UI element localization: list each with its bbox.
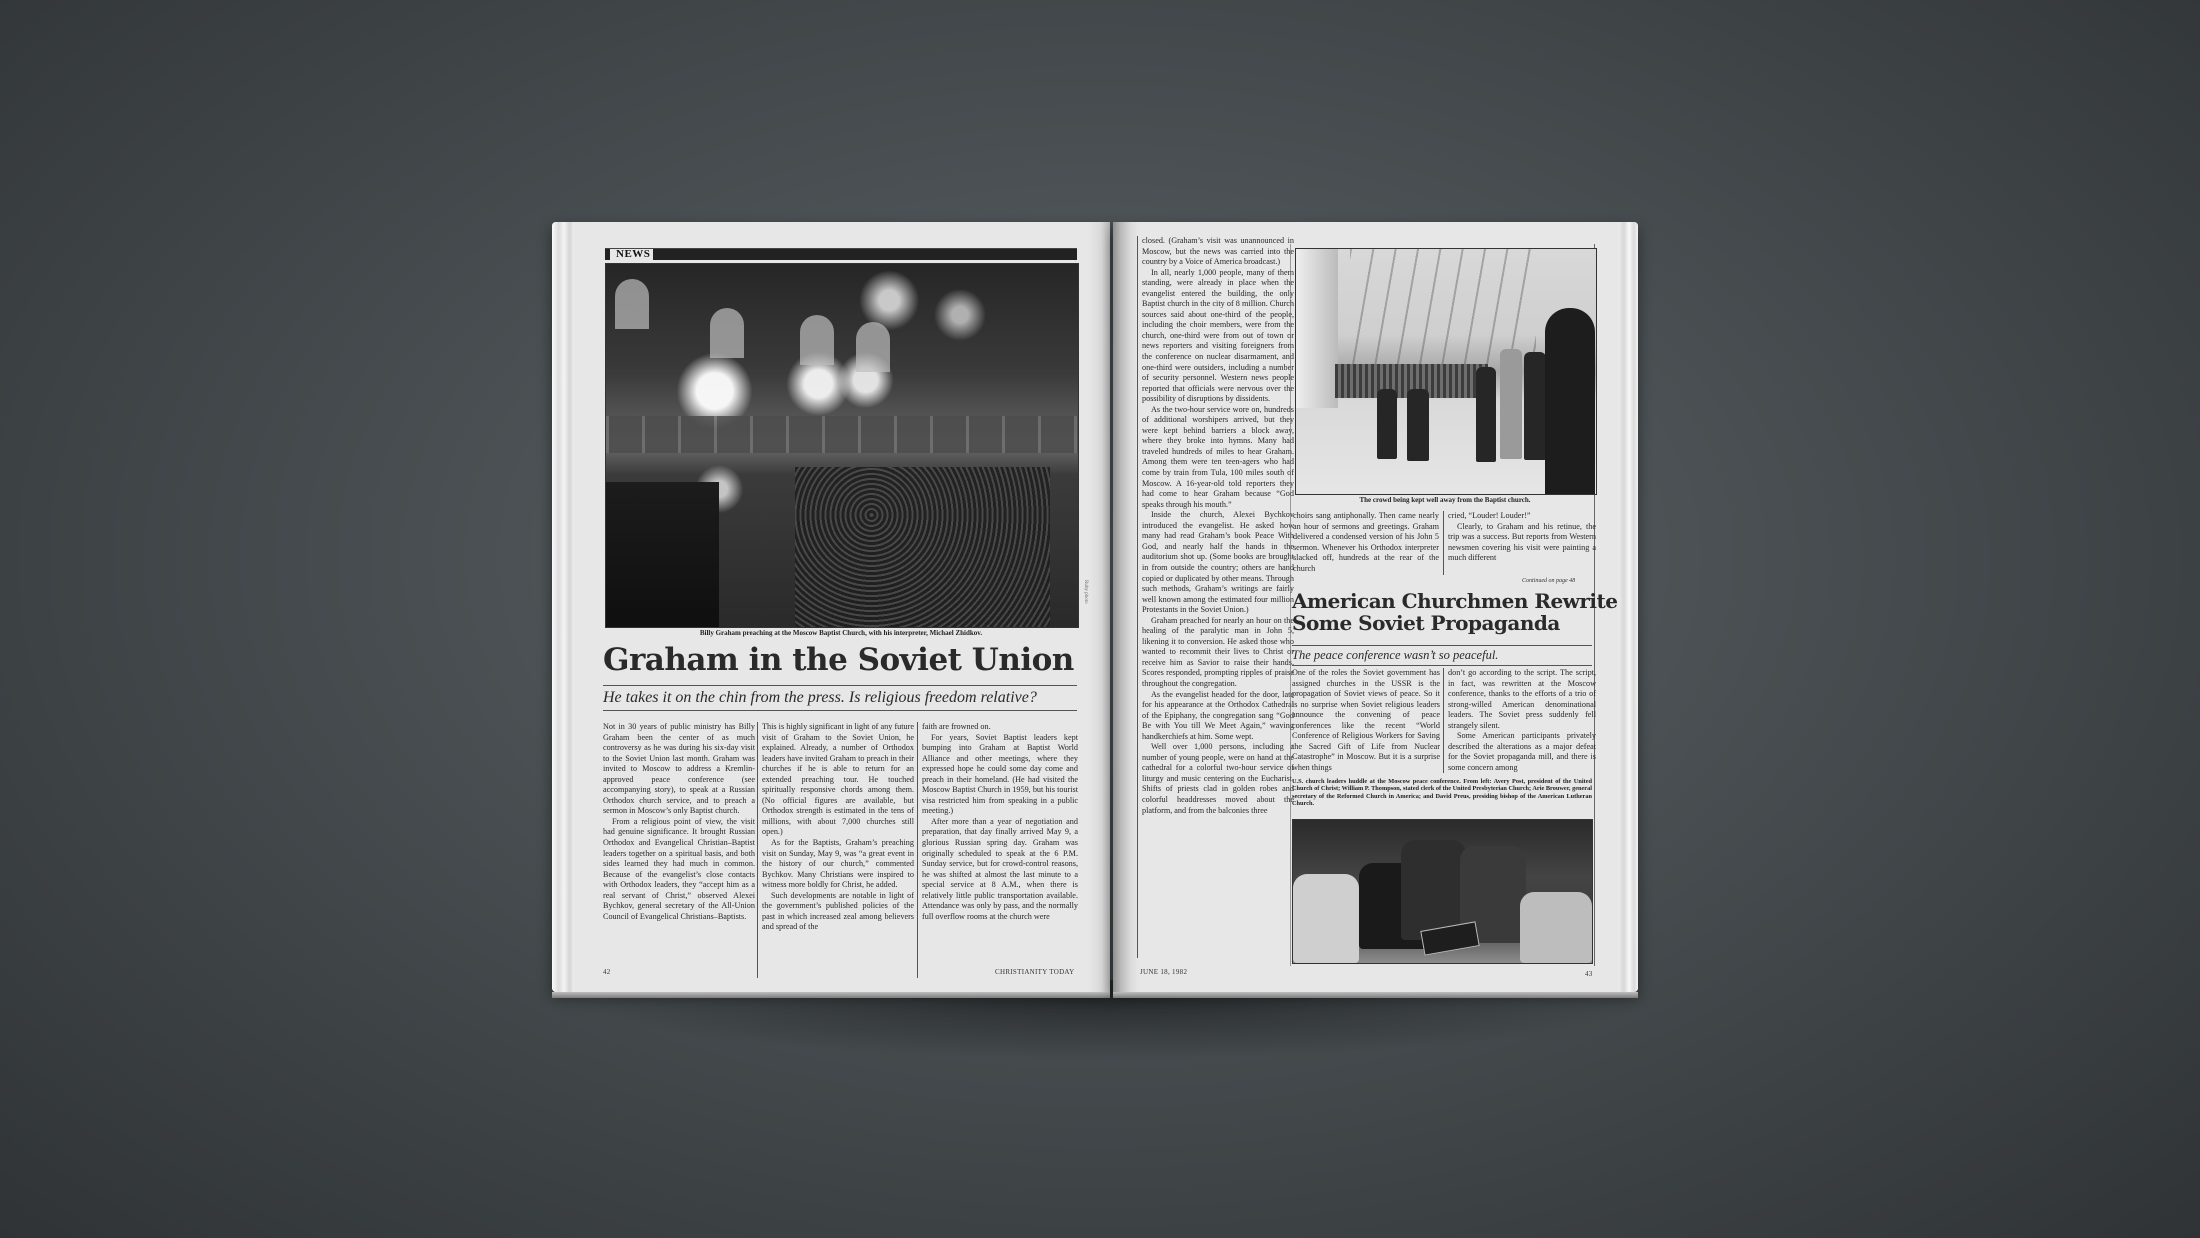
paragraph: After more than a year of negotiation an… bbox=[922, 817, 1078, 922]
building bbox=[1296, 249, 1338, 408]
page-edge bbox=[552, 992, 1110, 998]
article-column-1: Not in 30 years of public ministry has B… bbox=[603, 722, 755, 922]
paragraph: As the evangelist headed for the door, l… bbox=[1142, 690, 1294, 743]
church-photo-caption: Billy Graham preaching at the Moscow Bap… bbox=[605, 629, 1077, 637]
paragraph: Graham preached for nearly an hour on th… bbox=[1142, 616, 1294, 690]
issue-date-footer: JUNE 18, 1982 bbox=[1140, 968, 1187, 976]
paragraph: Some American participants privately des… bbox=[1448, 731, 1596, 773]
paragraph: cried, “Louder! Louder!” bbox=[1448, 511, 1596, 522]
paragraph: Such developments are notable in light o… bbox=[762, 891, 914, 933]
meeting-photo bbox=[1292, 819, 1593, 964]
page-rule bbox=[1290, 244, 1291, 966]
pulpit bbox=[606, 482, 719, 627]
paragraph: As for the Baptists, Graham’s preaching … bbox=[762, 838, 914, 891]
paragraph: In all, nearly 1,000 people, many of the… bbox=[1142, 268, 1294, 405]
paragraph: From a religious point of view, the visi… bbox=[603, 817, 755, 922]
person-figure bbox=[1377, 389, 1397, 459]
second-article-column-1: One of the roles the Soviet government h… bbox=[1292, 668, 1440, 773]
continued-note: Continued on page 48 bbox=[1522, 578, 1575, 584]
paragraph: closed. (Graham’s visit was unannounced … bbox=[1142, 236, 1294, 268]
article-column-6: cried, “Louder! Louder!” Clearly, to Gra… bbox=[1443, 511, 1596, 575]
street-photo bbox=[1295, 248, 1597, 495]
article-column-2: This is highly significant in light of a… bbox=[757, 722, 914, 978]
arched-window bbox=[615, 279, 649, 329]
person-figure bbox=[1476, 367, 1496, 462]
arched-window bbox=[800, 315, 834, 365]
paragraph: Clearly, to Graham and his retinue, the … bbox=[1448, 522, 1596, 564]
second-article-column-2: don’t go according to the script. The sc… bbox=[1443, 668, 1596, 773]
paragraph: For years, Soviet Baptist leaders kept b… bbox=[922, 733, 1078, 817]
section-header-bar: NEWS bbox=[605, 248, 1077, 260]
paragraph: faith are frowned on. bbox=[922, 722, 1078, 733]
second-headline-line-1: American Churchmen Rewrite bbox=[1292, 590, 1618, 612]
balcony-railing bbox=[606, 416, 1078, 452]
person-figure bbox=[1520, 892, 1592, 964]
congregation bbox=[795, 467, 1050, 627]
page-edge bbox=[1113, 992, 1638, 998]
main-headline: Graham in the Soviet Union bbox=[603, 642, 1074, 678]
paragraph: don’t go according to the script. The sc… bbox=[1448, 668, 1596, 731]
person-figure bbox=[1524, 352, 1546, 460]
church-photo bbox=[605, 263, 1079, 628]
paragraph: Inside the church, Alexei Bychkov introd… bbox=[1142, 510, 1294, 615]
paragraph: As the two-hour service wore on, hundred… bbox=[1142, 405, 1294, 510]
second-deck: The peace conference wasn’t so peaceful. bbox=[1292, 645, 1592, 666]
meeting-photo-caption: U.S. church leaders huddle at the Moscow… bbox=[1292, 778, 1592, 807]
section-label: NEWS bbox=[605, 249, 653, 260]
magazine-name-footer: CHRISTIANITY TODAY bbox=[995, 968, 1075, 976]
person-figure bbox=[1293, 874, 1359, 963]
arched-window bbox=[856, 322, 890, 372]
paragraph: choirs sang antiphonally. Then came near… bbox=[1293, 511, 1439, 574]
street-photo-caption: The crowd being kept well away from the … bbox=[1295, 496, 1595, 504]
person-figure bbox=[1500, 349, 1522, 459]
paragraph: Not in 30 years of public ministry has B… bbox=[603, 722, 755, 817]
paragraph: Well over 1,000 persons, including a num… bbox=[1142, 742, 1294, 816]
paragraph: One of the roles the Soviet government h… bbox=[1292, 668, 1440, 773]
gutter-shadow bbox=[1113, 222, 1139, 992]
person-figure bbox=[1407, 389, 1429, 461]
photo-credit: Ruby photo bbox=[1080, 580, 1088, 603]
article-column-4: closed. (Graham’s visit was unannounced … bbox=[1137, 236, 1294, 958]
page-number-right: 43 bbox=[1585, 970, 1593, 978]
paragraph: This is highly significant in light of a… bbox=[762, 722, 914, 838]
page-number-left: 42 bbox=[603, 968, 611, 976]
article-column-3: faith are frowned on. For years, Soviet … bbox=[917, 722, 1078, 978]
photographer-figure bbox=[1545, 308, 1595, 495]
second-headline-line-2: Some Soviet Propaganda bbox=[1292, 612, 1560, 634]
article-column-5: choirs sang antiphonally. Then came near… bbox=[1293, 511, 1439, 574]
arched-window bbox=[710, 308, 744, 358]
main-deck: He takes it on the chin from the press. … bbox=[603, 685, 1077, 711]
